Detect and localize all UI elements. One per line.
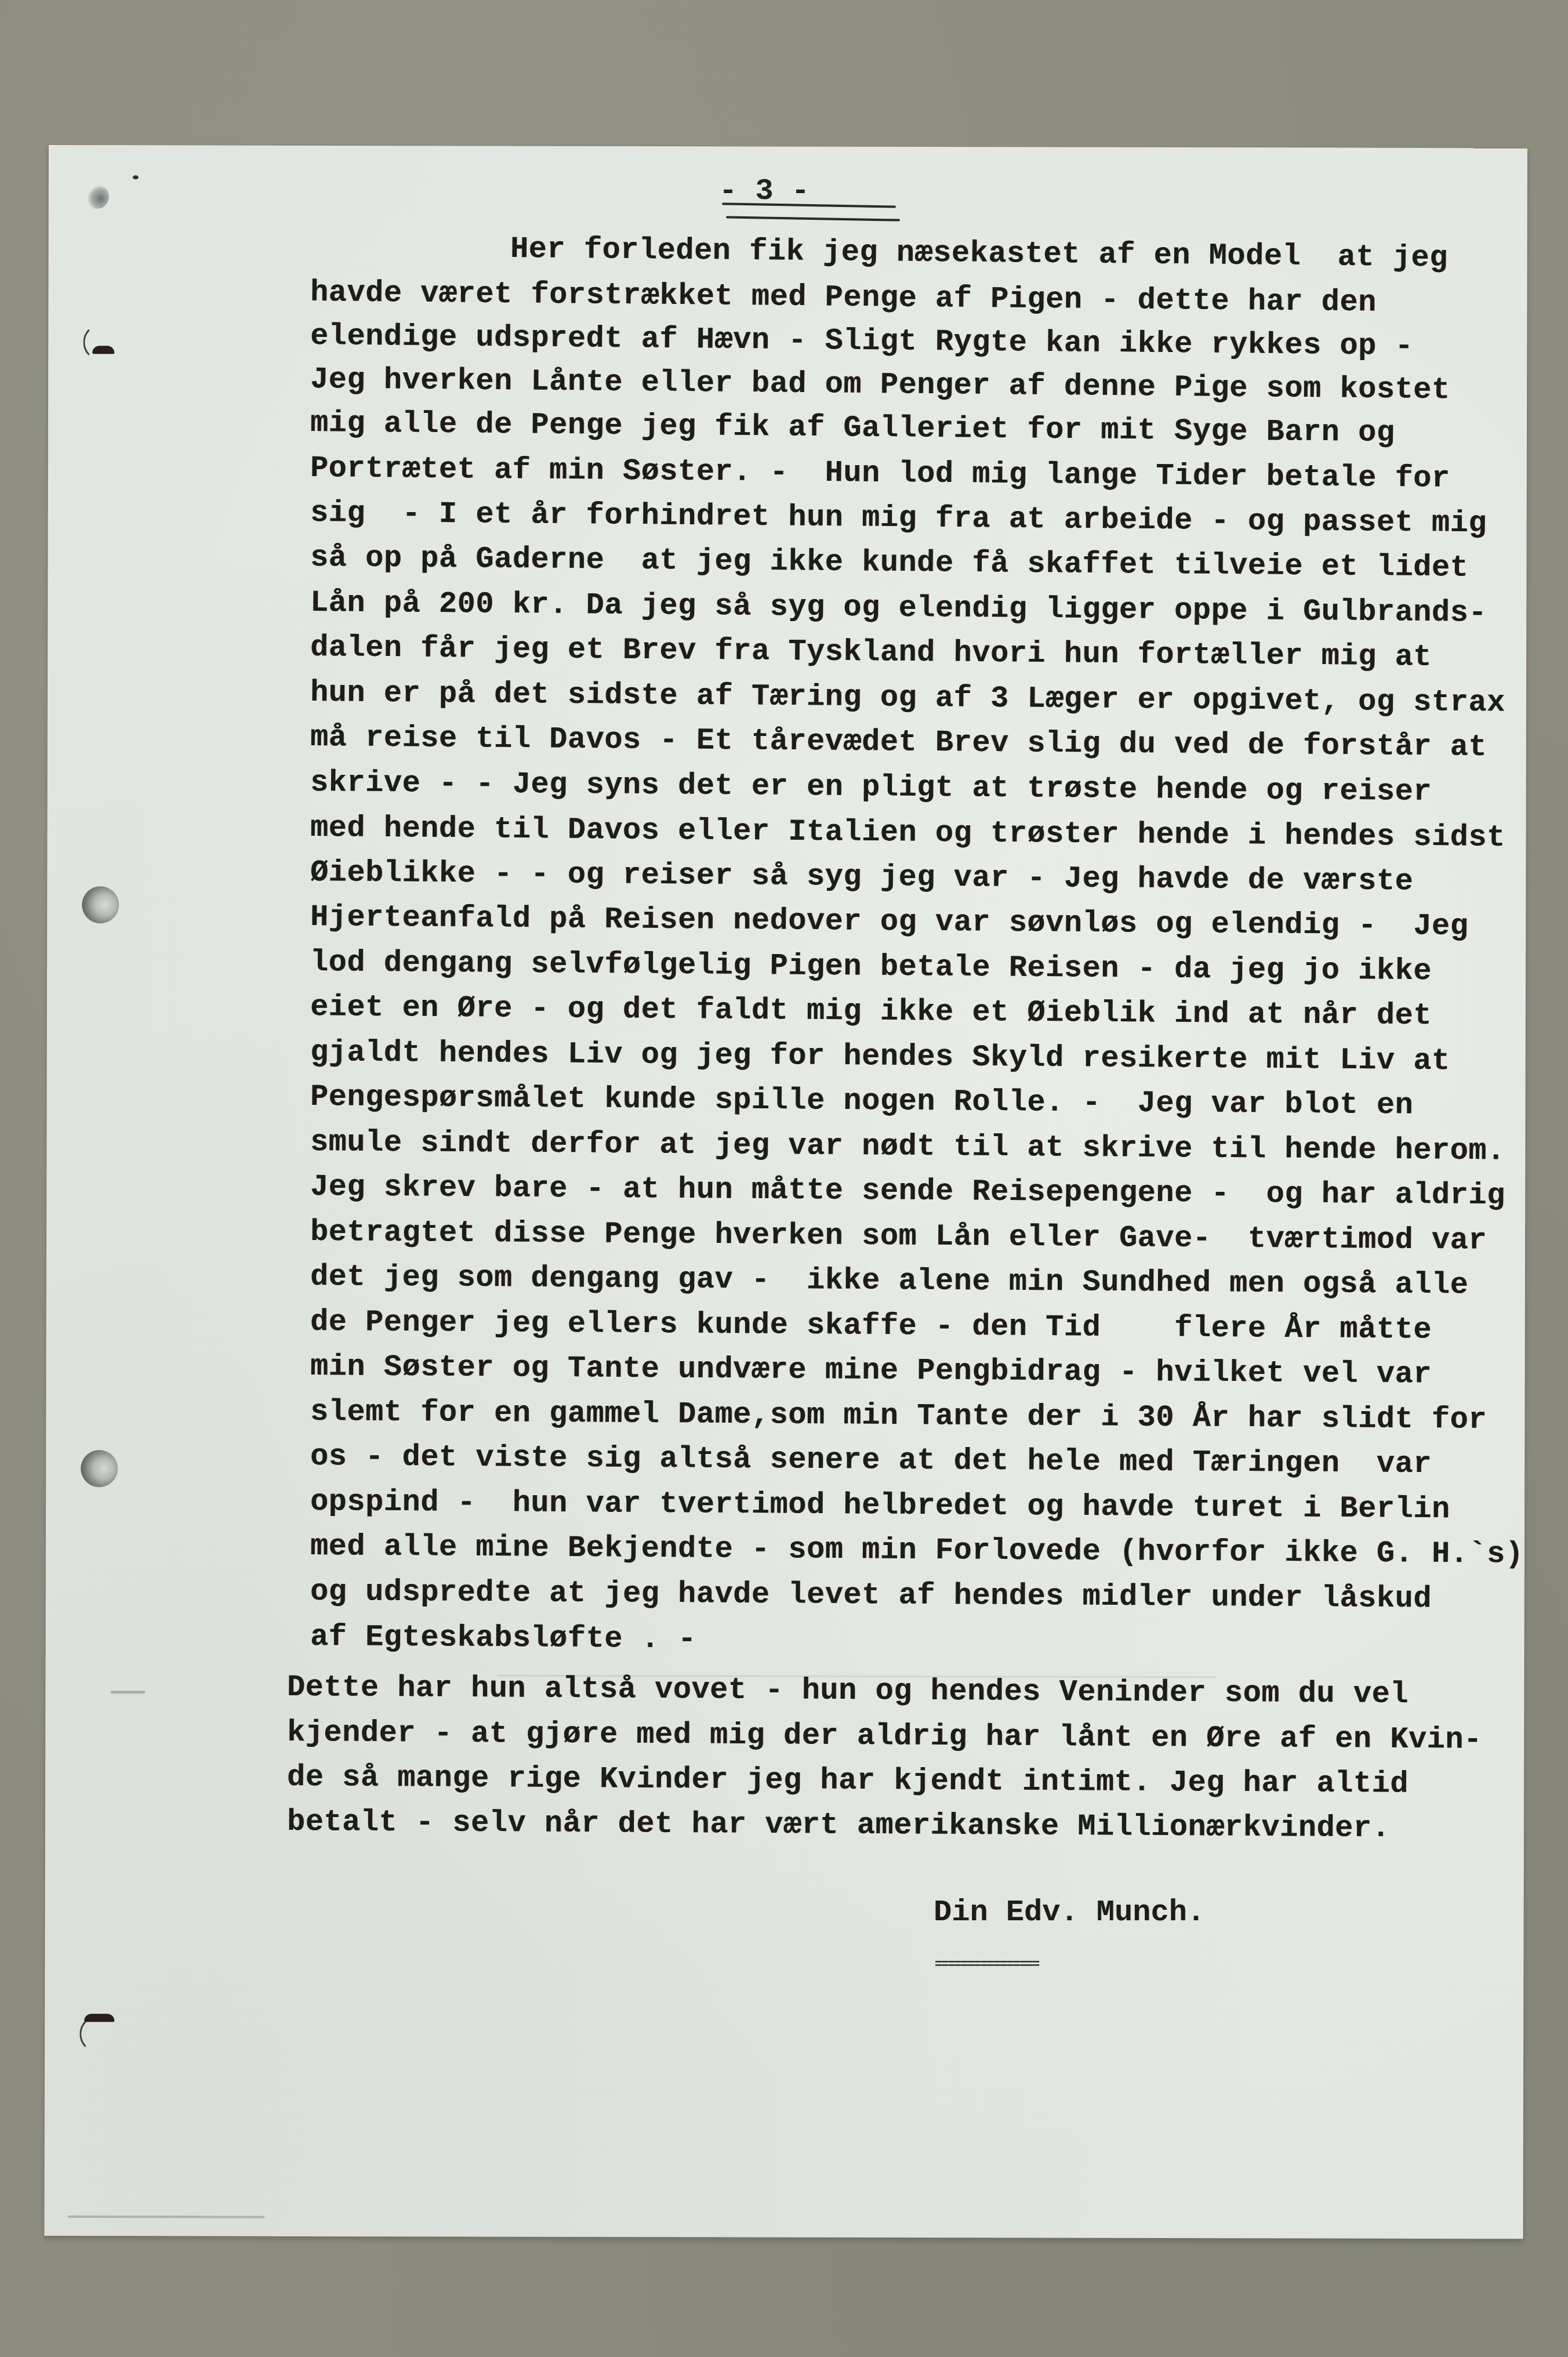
signature-underline-text: ================ bbox=[935, 1962, 1039, 1968]
typed-line: af Egteskabsløfte . - bbox=[310, 1620, 696, 1657]
ink-dot bbox=[133, 175, 139, 179]
punch-hole-outline-top bbox=[83, 324, 120, 361]
punch-hole-lower bbox=[81, 1450, 118, 1487]
typed-line: og udspredte at jeg havde levet af hende… bbox=[310, 1575, 1432, 1616]
typed-line: Dette har hun altså vovet - hun og hende… bbox=[287, 1670, 1409, 1712]
typed-line: betalt - selv når det har vært amerikans… bbox=[287, 1805, 1391, 1846]
punch-hole-cap-top bbox=[92, 346, 114, 354]
punch-hole-upper bbox=[82, 886, 119, 923]
bottom-typing-smudge bbox=[68, 2215, 265, 2218]
signature: Din Edv. Munch. bbox=[934, 1895, 1205, 1930]
typed-line: de så mange rige Kvinder jeg har kjendt … bbox=[287, 1760, 1409, 1802]
signature-double-underline: ================ bbox=[935, 1950, 1039, 1974]
punch-hole-cap-bottom bbox=[84, 2014, 114, 2022]
margin-typing-smudge bbox=[110, 1691, 145, 1694]
paper-tear-mark bbox=[88, 186, 109, 209]
typed-line: kjender - at gjøre med mig der aldrig ha… bbox=[287, 1716, 1482, 1758]
